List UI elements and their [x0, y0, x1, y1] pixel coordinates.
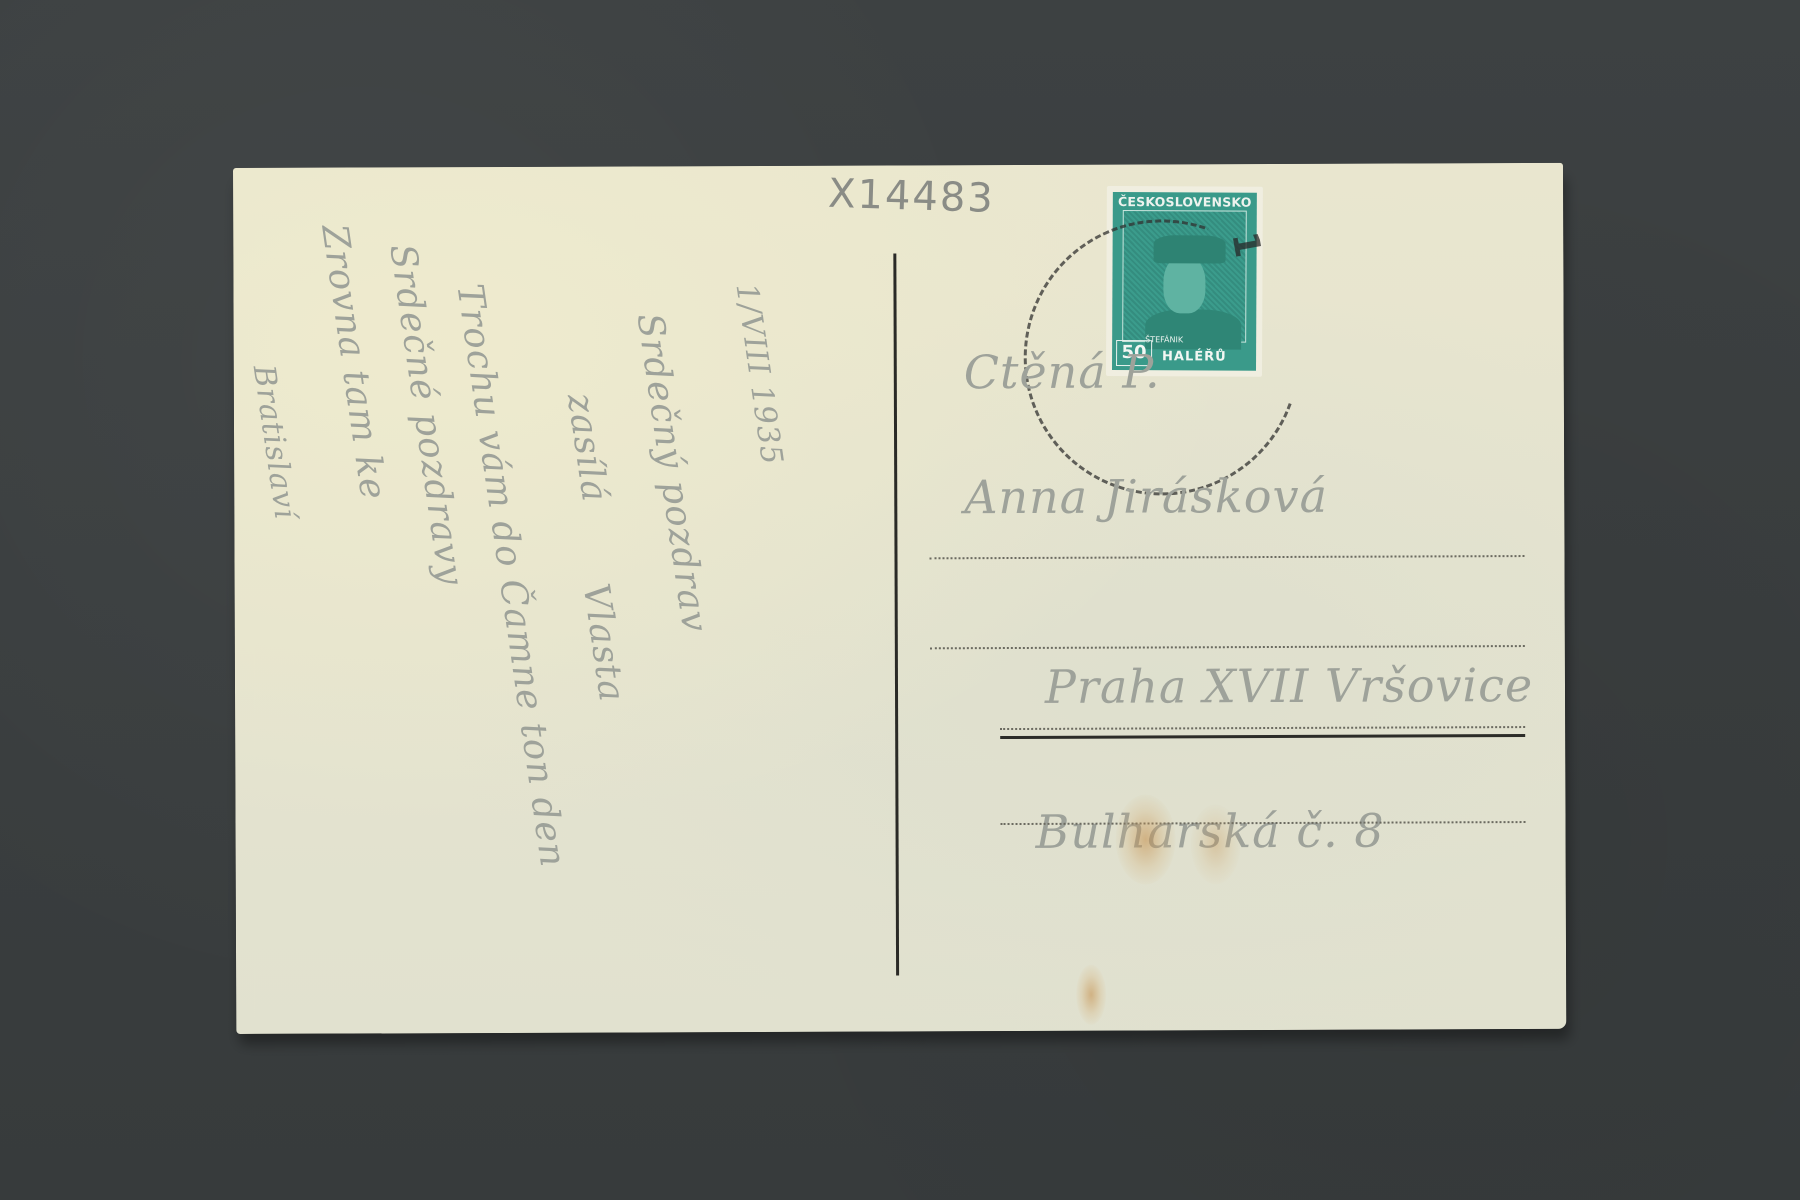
stain	[1115, 794, 1175, 884]
message-line-6: Zrovna tam ke	[313, 222, 393, 503]
address-line-3: Praha XVII Vršovice	[1045, 658, 1533, 714]
address-line-2: Anna Jirásková	[964, 469, 1328, 524]
stain	[1076, 965, 1106, 1025]
message-line-1: Srdečný pozdrav	[629, 311, 716, 636]
address-rule-2	[930, 645, 1525, 649]
message-line-3: Vlasta	[575, 581, 633, 705]
date-note: 1/VIII 1935	[728, 281, 789, 467]
postcard: X14483 1/VIII 1935 Srdečný pozdrav zasíl…	[233, 163, 1566, 1034]
address-underline-solid	[1000, 734, 1525, 739]
inventory-number: X14483	[827, 171, 995, 222]
address-line-1: Ctěná P.	[964, 344, 1161, 399]
stain	[1190, 804, 1240, 884]
message-line-2: zasílá	[559, 391, 615, 505]
address-rule-3	[1000, 726, 1525, 730]
stamp-country: ČESKOSLOVENSKO	[1113, 194, 1257, 210]
address-rule-1	[930, 555, 1525, 559]
divider-line	[893, 253, 899, 975]
message-line-7: Bratislaví	[246, 363, 303, 522]
